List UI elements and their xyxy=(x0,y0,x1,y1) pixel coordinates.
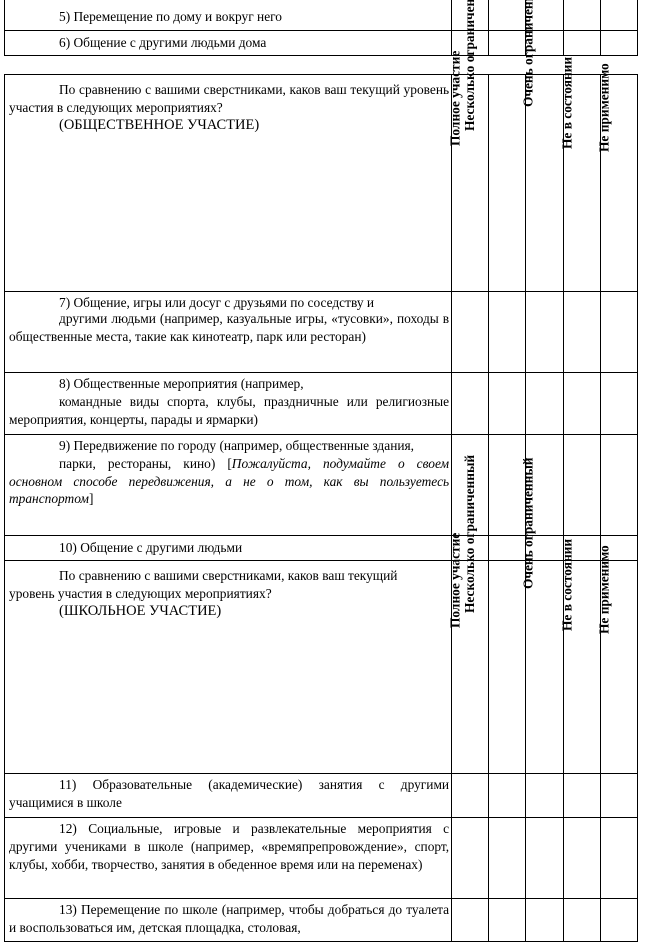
table-row: 11) Образовательные (академические) заня… xyxy=(5,774,638,818)
column-header-unable: Не в состоянии xyxy=(563,75,600,292)
column-header-na: Не применимо xyxy=(600,75,637,292)
answer-cell[interactable] xyxy=(489,818,526,899)
section-title: (ОБЩЕСТВЕННОЕ УЧАСТИЕ) xyxy=(9,117,449,135)
column-header-somewhat: Несколько ограниченный xyxy=(489,561,526,774)
table-row: 10) Общение с другими людьми xyxy=(5,536,638,561)
answer-cell[interactable] xyxy=(489,899,526,942)
section-title: (ШКОЛЬНОЕ УЧАСТИЕ) xyxy=(9,603,449,621)
answer-cell[interactable] xyxy=(563,774,600,818)
item-label: 9) Передвижение по городу (например, общ… xyxy=(9,437,449,455)
item-label: 5) Перемещение по дому и вокруг него xyxy=(5,0,452,31)
answer-cell[interactable] xyxy=(600,31,637,56)
answer-cell[interactable] xyxy=(600,292,637,373)
table-row: 6) Общение с другими людьми дома xyxy=(5,31,638,56)
table-row: 12) Социальные, игровые и развлекательны… xyxy=(5,818,638,899)
answer-cell[interactable] xyxy=(489,774,526,818)
header-row-community: По сравнению с вашими сверстниками, како… xyxy=(5,75,638,292)
column-header-somewhat: Несколько ограниченный xyxy=(489,75,526,292)
column-header-na: Не применимо xyxy=(600,561,637,774)
column-header-unable: Не в состоянии xyxy=(563,561,600,774)
item-label-continued: парки, рестораны, кино) [Пожалуйста, под… xyxy=(9,455,449,508)
item-label: 6) Общение с другими людьми дома xyxy=(5,31,452,56)
answer-cell[interactable] xyxy=(600,435,637,536)
answer-cell[interactable] xyxy=(489,292,526,373)
question-text: По сравнению с вашими сверстниками, како… xyxy=(9,567,449,585)
table-row: 13) Перемещение по школе (например, чтоб… xyxy=(5,899,638,942)
answer-cell[interactable] xyxy=(526,373,563,435)
answer-cell[interactable] xyxy=(452,292,489,373)
question-text-continued: уровень участия в следующих мероприятиях… xyxy=(9,585,449,603)
item-label-continued: другими людьми (например, казуальные игр… xyxy=(9,310,449,346)
answer-cell[interactable] xyxy=(526,818,563,899)
table-row: 8) Общественные мероприятия (например,ко… xyxy=(5,373,638,435)
question-text: По сравнению с вашими сверстниками, како… xyxy=(9,81,449,117)
answer-cell[interactable] xyxy=(526,899,563,942)
answer-cell[interactable] xyxy=(489,373,526,435)
answer-cell[interactable] xyxy=(600,774,637,818)
answer-cell[interactable] xyxy=(452,899,489,942)
answer-cell[interactable] xyxy=(452,373,489,435)
item-label: 11) Образовательные (академические) заня… xyxy=(9,776,449,812)
answer-cell[interactable] xyxy=(452,774,489,818)
answer-cell[interactable] xyxy=(563,0,600,31)
answer-cell[interactable] xyxy=(452,818,489,899)
answer-cell[interactable] xyxy=(526,292,563,373)
answer-cell[interactable] xyxy=(563,373,600,435)
answer-cell[interactable] xyxy=(600,373,637,435)
table-home-participation: 5) Перемещение по дому и вокруг него 6) … xyxy=(4,0,638,56)
answer-cell[interactable] xyxy=(563,31,600,56)
answer-cell[interactable] xyxy=(600,818,637,899)
answer-cell[interactable] xyxy=(600,899,637,942)
item-label: 10) Общение с другими людьми xyxy=(9,539,449,557)
item-label: 12) Социальные, игровые и развлекательны… xyxy=(9,820,449,873)
answer-cell[interactable] xyxy=(563,435,600,536)
header-row-school: По сравнению с вашими сверстниками, како… xyxy=(5,561,638,774)
answer-cell[interactable] xyxy=(563,899,600,942)
item-label-continued: командные виды спорта, клубы, праздничны… xyxy=(9,393,449,429)
answer-cell[interactable] xyxy=(600,0,637,31)
item-label: 13) Перемещение по школе (например, чтоб… xyxy=(9,901,449,937)
answer-cell[interactable] xyxy=(526,774,563,818)
item-label: 8) Общественные мероприятия (например, xyxy=(9,375,449,393)
table-row: 5) Перемещение по дому и вокруг него xyxy=(5,0,638,31)
table-participation: По сравнению с вашими сверстниками, како… xyxy=(4,74,638,942)
table-row: 7) Общение, игры или досуг с друзьями по… xyxy=(5,292,638,373)
answer-cell[interactable] xyxy=(563,292,600,373)
table-row: 9) Передвижение по городу (например, общ… xyxy=(5,435,638,536)
column-header-very: Очень ограниченный xyxy=(526,75,563,292)
column-header-very: Очень ограниченный xyxy=(526,561,563,774)
answer-cell[interactable] xyxy=(563,818,600,899)
